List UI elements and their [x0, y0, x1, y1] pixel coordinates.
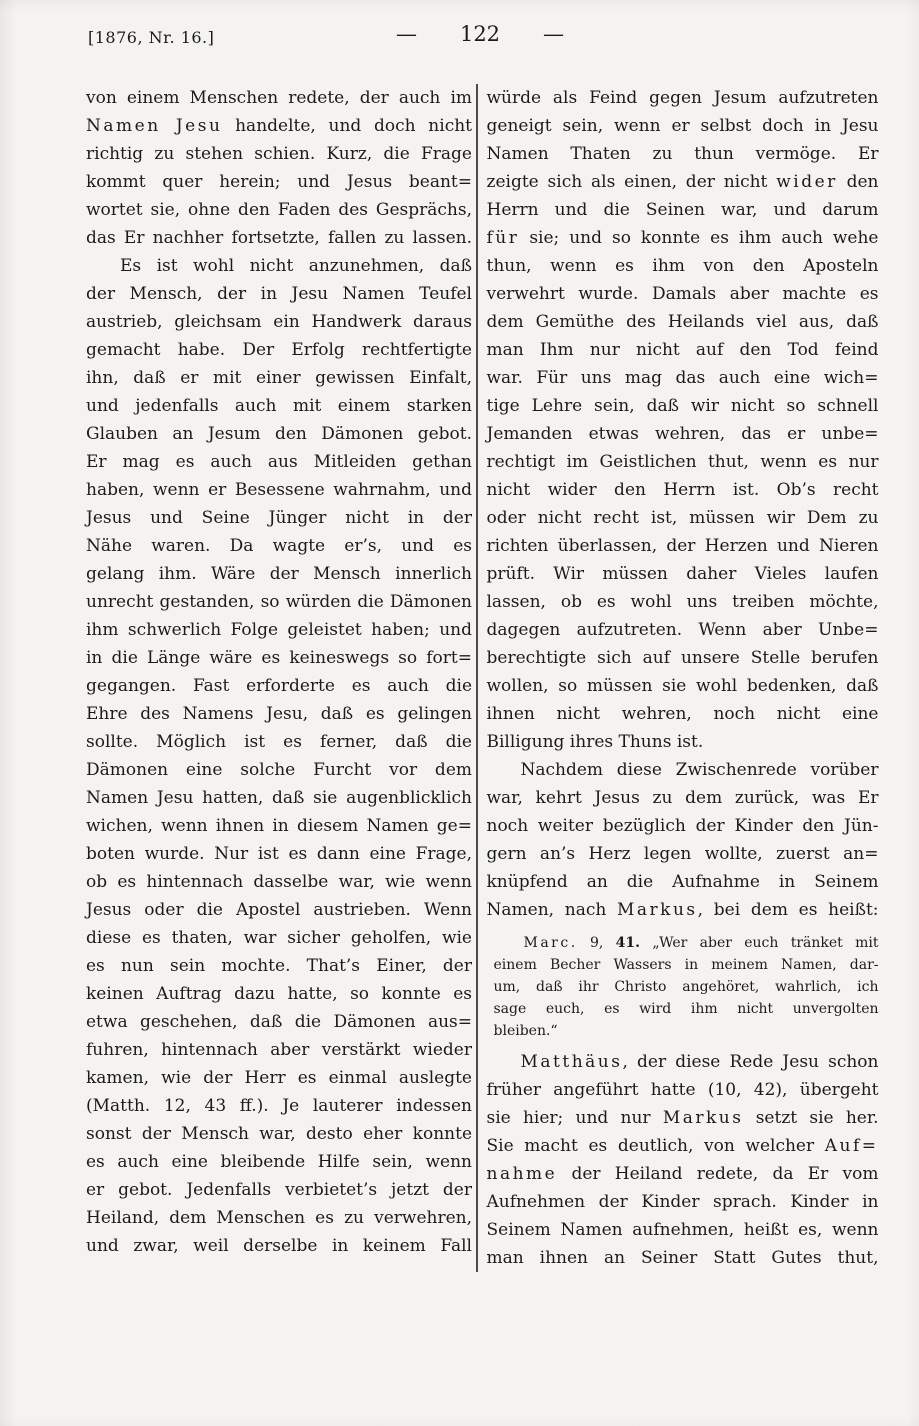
- text-line: man ihnen an Seiner Statt Gutes thut,: [487, 1244, 879, 1272]
- text-line: oder nicht recht ist, müssen wir Dem zu: [487, 504, 879, 532]
- page-number-group: — 122 —: [396, 22, 564, 46]
- text-line: kamen, wie der Herr es einmal auslegte: [86, 1064, 472, 1092]
- text-line: bleiben.“: [494, 1020, 879, 1042]
- text-line: Matthäus, der diese Rede Jesu schon: [487, 1048, 879, 1076]
- text-line: war. Für uns mag das auch eine wich=: [487, 364, 879, 392]
- text-line: ihm schwerlich Folge geleistet haben; un…: [86, 616, 472, 644]
- text-line: austrieb, gleichsam ein Handwerk daraus: [86, 308, 472, 336]
- page-number-dash-left: —: [396, 22, 417, 46]
- text-line: gemacht habe. Der Erfolg rechtfertigte: [86, 336, 472, 364]
- text-line: wichen, wenn ihnen in diesem Namen ge=: [86, 812, 472, 840]
- text-line: es nun sein mochte. That’s Einer, der: [86, 952, 472, 980]
- paragraph: Nachdem diese Zwischenrede vorüberwar, k…: [487, 756, 879, 924]
- text-columns: von einem Menschen redete, der auch imNa…: [86, 84, 879, 1272]
- text-line: und jedenfalls auch mit einem starken: [86, 392, 472, 420]
- text-line: Jesus und Seine Jünger nicht in der: [86, 504, 472, 532]
- text-line: sage euch, es wird ihm nicht unvergolten: [494, 998, 879, 1020]
- text-line: Jesus oder die Apostel austrieben. Wenn: [86, 896, 472, 924]
- text-line: berechtigte sich auf unsere Stelle beruf…: [487, 644, 879, 672]
- text-line: sollte. Möglich ist es ferner, daß die: [86, 728, 472, 756]
- text-line: wollen, so müssen sie wohl bedenken, daß: [487, 672, 879, 700]
- text-line: gern an’s Herz legen wollte, zuerst an=: [487, 840, 879, 868]
- text-line: verwehrt wurde. Damals aber machte es: [487, 280, 879, 308]
- right-column: würde als Feind gegen Jesum aufzutreteng…: [487, 84, 879, 1272]
- paragraph: würde als Feind gegen Jesum aufzutreteng…: [487, 84, 879, 756]
- text-line: in die Länge wäre es keineswegs so fort=: [86, 644, 472, 672]
- text-line: und zwar, weil derselbe in keinem Fall: [86, 1232, 472, 1260]
- text-line: sonst der Mensch war, desto eher konnte: [86, 1120, 472, 1148]
- text-line: war, kehrt Jesus zu dem zurück, was Er: [487, 784, 879, 812]
- text-line: gelang ihm. Wäre der Mensch innerlich: [86, 560, 472, 588]
- text-line: haben, wenn er Besessene wahrnahm, und: [86, 476, 472, 504]
- text-line: für sie; und so konnte es ihm auch wehe: [487, 224, 879, 252]
- text-line: Aufnehmen der Kinder sprach. Kinder in: [487, 1188, 879, 1216]
- text-line: früher angeführt hatte (10, 42), übergeh…: [487, 1076, 879, 1104]
- text-line: Billigung ihres Thuns ist.: [487, 728, 879, 756]
- paragraph: von einem Menschen redete, der auch imNa…: [86, 84, 472, 252]
- text-line: zeigte sich als einen, der nicht wider d…: [487, 168, 879, 196]
- text-line: Nähe waren. Da wagte er’s, und es: [86, 532, 472, 560]
- text-line: ob es hintennach dasselbe war, wie wenn: [86, 868, 472, 896]
- text-line: er gebot. Jedenfalls verbietet’s jetzt d…: [86, 1176, 472, 1204]
- text-line: dagegen aufzutreten. Wenn aber Unbe=: [487, 616, 879, 644]
- text-line: kommt quer herein; und Jesus beant=: [86, 168, 472, 196]
- text-line: unrecht gestanden, so würden die Dämonen: [86, 588, 472, 616]
- paragraph: Matthäus, der diese Rede Jesu schonfrühe…: [487, 1048, 879, 1272]
- text-line: fuhren, hintennach aber verstärkt wieder: [86, 1036, 472, 1064]
- text-line: nahme der Heiland redete, da Er vom: [487, 1160, 879, 1188]
- text-line: Heiland, dem Menschen es zu verwehren,: [86, 1204, 472, 1232]
- text-line: Marc. 9, 41. „Wer aber euch tränket mit: [494, 932, 879, 954]
- text-line: Ehre des Namens Jesu, daß es gelingen: [86, 700, 472, 728]
- text-line: rechtigt im Geistlichen thut, wenn es nu…: [487, 448, 879, 476]
- text-line: keinen Auftrag dazu hatte, so konnte es: [86, 980, 472, 1008]
- text-line: Namen Thaten zu thun vermöge. Er: [487, 140, 879, 168]
- page-number-dash-right: —: [543, 22, 564, 46]
- text-line: um, daß ihr Christo angehöret, wahrlich,…: [494, 976, 879, 998]
- text-line: Seinem Namen aufnehmen, heißt es, wenn: [487, 1216, 879, 1244]
- text-line: es auch eine bleibende Hilfe sein, wenn: [86, 1148, 472, 1176]
- text-line: boten wurde. Nur ist es dann eine Frage,: [86, 840, 472, 868]
- page-number: 122: [460, 22, 500, 46]
- text-line: sie hier; und nur Markus setzt sie her.: [487, 1104, 879, 1132]
- text-line: knüpfend an die Aufnahme in Seinem: [487, 868, 879, 896]
- column-divider-rule: [476, 84, 478, 1272]
- text-line: Nachdem diese Zwischenrede vorüber: [487, 756, 879, 784]
- text-line: noch weiter bezüglich der Kinder den Jün…: [487, 812, 879, 840]
- text-line: diese es thaten, war sicher geholfen, wi…: [86, 924, 472, 952]
- text-line: ihn, daß er mit einer gewissen Einfalt,: [86, 364, 472, 392]
- left-column: von einem Menschen redete, der auch imNa…: [86, 84, 472, 1272]
- text-line: Namen Jesu hatten, daß sie augenblicklic…: [86, 784, 472, 812]
- text-line: prüft. Wir müssen daher Vieles laufen: [487, 560, 879, 588]
- text-line: Jemanden etwas wehren, das er unbe=: [487, 420, 879, 448]
- text-line: das Er nachher fortsetzte, fallen zu las…: [86, 224, 472, 252]
- text-line: Namen Jesu handelte, und doch nicht: [86, 112, 472, 140]
- scanned-page: [1876, Nr. 16.] — 122 — von einem Mensch…: [0, 0, 919, 1426]
- text-line: (Matth. 12, 43 ff.). Je lauterer indesse…: [86, 1092, 472, 1120]
- text-line: Es ist wohl nicht anzunehmen, daß: [86, 252, 472, 280]
- text-line: Namen, nach Markus, bei dem es heißt:: [487, 896, 879, 924]
- text-line: Herrn und die Seinen war, und darum: [487, 196, 879, 224]
- text-line: Sie macht es deutlich, von welcher Auf=: [487, 1132, 879, 1160]
- text-line: der Mensch, der in Jesu Namen Teufel: [86, 280, 472, 308]
- text-line: richtig zu stehen schien. Kurz, die Frag…: [86, 140, 472, 168]
- text-line: einem Becher Wassers in meinem Namen, da…: [494, 954, 879, 976]
- text-line: Dämonen eine solche Furcht vor dem: [86, 756, 472, 784]
- text-line: Glauben an Jesum den Dämonen gebot.: [86, 420, 472, 448]
- text-line: ihnen nicht wehren, noch nicht eine: [487, 700, 879, 728]
- text-line: würde als Feind gegen Jesum aufzutreten: [487, 84, 879, 112]
- text-line: gegangen. Fast erforderte es auch die: [86, 672, 472, 700]
- text-line: Er mag es auch aus Mitleiden gethan: [86, 448, 472, 476]
- edition-label: [1876, Nr. 16.]: [88, 28, 214, 47]
- text-line: etwa geschehen, daß die Dämonen aus=: [86, 1008, 472, 1036]
- text-line: wortet sie, ohne den Faden des Gesprächs…: [86, 196, 472, 224]
- text-line: von einem Menschen redete, der auch im: [86, 84, 472, 112]
- paragraph: Es ist wohl nicht anzunehmen, daßder Men…: [86, 252, 472, 1260]
- text-line: tige Lehre sein, daß wir nicht so schnel…: [487, 392, 879, 420]
- text-line: thun, wenn es ihm von den Aposteln: [487, 252, 879, 280]
- scripture-quote: Marc. 9, 41. „Wer aber euch tränket mite…: [487, 932, 879, 1042]
- text-line: dem Gemüthe des Heilands viel aus, daß: [487, 308, 879, 336]
- text-line: richten überlassen, der Herzen und Niere…: [487, 532, 879, 560]
- text-line: man Ihm nur nicht auf den Tod feind: [487, 336, 879, 364]
- text-line: geneigt sein, wenn er selbst doch in Jes…: [487, 112, 879, 140]
- text-line: lassen, ob es wohl uns treiben möchte,: [487, 588, 879, 616]
- text-line: nicht wider den Herrn ist. Ob’s recht: [487, 476, 879, 504]
